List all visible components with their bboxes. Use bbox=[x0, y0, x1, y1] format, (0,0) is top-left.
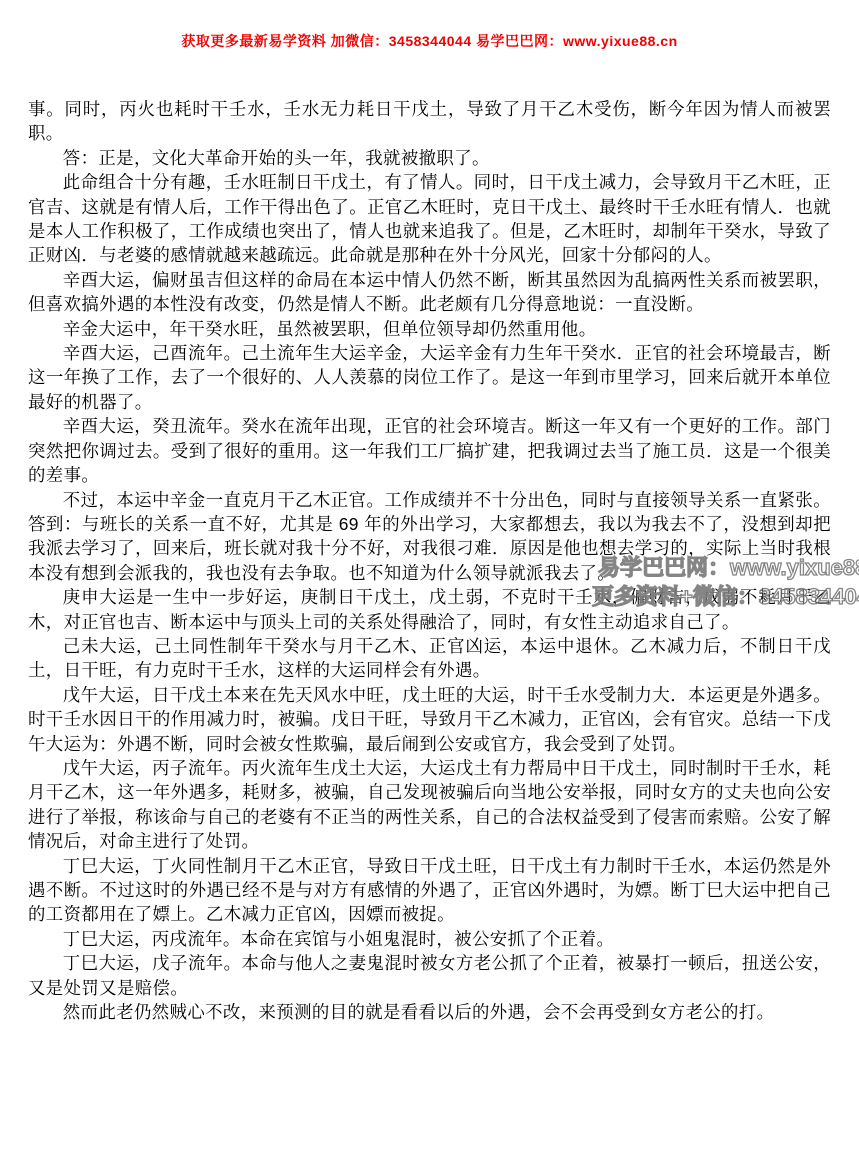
promo-banner-text: 获取更多最新易学资料 加微信：3458344044 易学巴巴网：www.yixu… bbox=[0, 31, 859, 51]
paragraph: 丁巳大运，丙戌流年。本命在宾馆与小姐鬼混时，被公安抓了个正着。 bbox=[28, 927, 831, 951]
paragraph: 戊午大运，日干戊土本来在先天风水中旺，戊土旺的大运，时干壬水受制力大．本运更是外… bbox=[28, 683, 831, 756]
paragraph: 辛金大运中，年干癸水旺，虽然被罢职，但单位领导却仍然重用他。 bbox=[28, 317, 831, 341]
paragraph: 庚申大运是一生中一步好运，庚制日干戊土，戊土弱，不克时干壬水，偏财吉，戊弱不耗月… bbox=[28, 585, 831, 634]
paragraph: 答：正是，文化大革命开始的头一年，我就被撤职了。 bbox=[28, 146, 831, 170]
document-body: 事。同时，丙火也耗时干壬水，壬水无力耗日干戊土，导致了月干乙木受伤，断今年因为情… bbox=[28, 97, 831, 1024]
paragraph: 辛酉大运，己酉流年。己土流年生大运辛金，大运辛金有力生年干癸水．正官的社会环境最… bbox=[28, 341, 831, 414]
paragraph: 不过，本运中辛金一直克月干乙木正官。工作成绩并不十分出色，同时与直接领导关系一直… bbox=[28, 488, 831, 586]
paragraph: 然而此老仍然贼心不改，来预测的目的就是看看以后的外遇，会不会再受到女方老公的打。 bbox=[28, 1000, 831, 1024]
paragraph: 事。同时，丙火也耗时干壬水，壬水无力耗日干戊土，导致了月干乙木受伤，断今年因为情… bbox=[28, 97, 831, 146]
paragraph: 丁巳大运，戊子流年。本命与他人之妻鬼混时被女方老公抓了个正着，被暴打一顿后，扭送… bbox=[28, 951, 831, 1000]
paragraph: 辛酉大运，癸丑流年。癸水在流年出现，正官的社会环境吉。断这一年又有一个更好的工作… bbox=[28, 414, 831, 487]
document-page: 获取更多最新易学资料 加微信：3458344044 易学巴巴网：www.yixu… bbox=[0, 0, 859, 1160]
paragraph: 己未大运，己土同性制年干癸水与月干乙木、正官凶运，本运中退休。乙木减力后，不制日… bbox=[28, 634, 831, 683]
paragraph: 此命组合十分有趣，壬水旺制日干戊土，有了情人。同时，日干戊土减力，会导致月干乙木… bbox=[28, 170, 831, 268]
paragraph: 丁巳大运，丁火同性制月干乙木正官，导致日干戊土旺，日干戊土有力制时干壬水，本运仍… bbox=[28, 854, 831, 927]
paragraph: 辛酉大运，偏财虽吉但这样的命局在本运中情人仍然不断，断其虽然因为乱搞两性关系而被… bbox=[28, 268, 831, 317]
paragraph: 戊午大运，丙子流年。丙火流年生戊土大运，大运戊土有力帮局中日干戊土，同时制时干壬… bbox=[28, 756, 831, 854]
